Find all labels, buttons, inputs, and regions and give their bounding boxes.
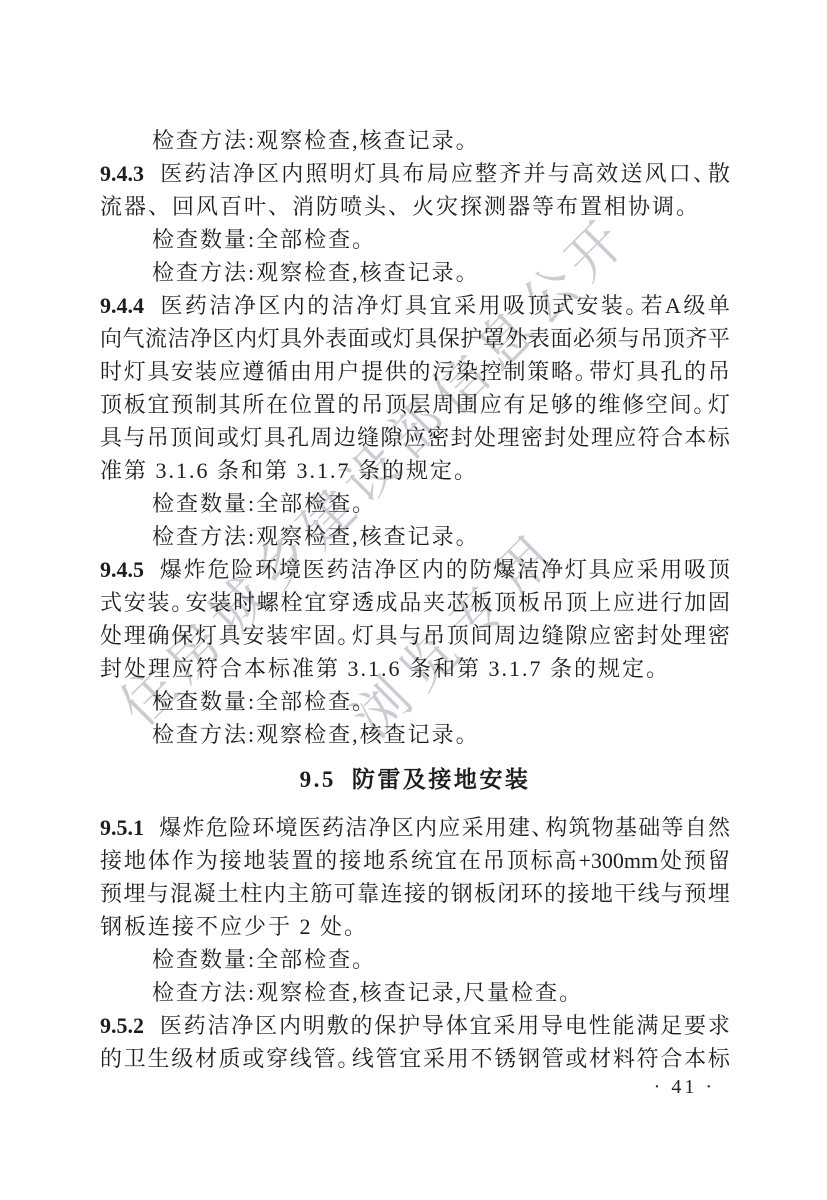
text-line: 9.4.3医药洁净区内照明灯具布局应整齐并与高效送风口、散	[100, 157, 730, 190]
text-line: 具与吊顶间或灯具孔周边缝隙应密封处理密封处理应符合本标	[100, 421, 730, 454]
text-line: 9.4.5爆炸危险环境医药洁净区内的防爆洁净灯具应采用吸顶	[100, 553, 730, 586]
clause-number: 9.5.1	[100, 811, 144, 844]
text-line: 顶板宜预制其所在位置的吊顶层周围应有足够的维修空间。灯	[100, 388, 730, 421]
text-line: 钢板连接不应少于 2 处。	[100, 910, 730, 943]
text-line: 9.4.4医药洁净区内的洁净灯具宜采用吸顶式安装。若A级单	[100, 289, 730, 322]
text-line: 时灯具安装应遵循由用户提供的污染控制策略。带灯具孔的吊	[100, 355, 730, 388]
text-line: 9.5.2医药洁净区内明敷的保护导体宜采用导电性能满足要求	[100, 1009, 730, 1042]
text-line: 检查数量:全部检查。	[100, 943, 730, 976]
section-heading: 9.5防雷及接地安装	[100, 763, 730, 796]
text-line: 检查方法:观察检查,核查记录,尺量检查。	[100, 976, 730, 1009]
text-line: 检查数量:全部检查。	[100, 685, 730, 718]
text-line: 流器、回风百叶、消防喷头、火灾探测器等布置相协调。	[100, 190, 730, 223]
text-line: 接地体作为接地装置的接地系统宜在吊顶标高+300mm处预留	[100, 844, 730, 877]
clause-number: 9.4.3	[100, 157, 144, 190]
clause-number: 9.4.5	[100, 553, 144, 586]
text-line: 检查方法:观察检查,核查记录。	[100, 256, 730, 289]
text-line: 预埋与混凝土柱内主筋可靠连接的钢板闭环的接地干线与预埋	[100, 877, 730, 910]
text-line: 检查方法:观察检查,核查记录。	[100, 718, 730, 751]
text-block: 检查方法:观察检查,核查记录。9.4.3医药洁净区内照明灯具布局应整齐并与高效送…	[100, 124, 730, 1075]
text-line: 准第 3.1.6 条和第 3.1.7 条的规定。	[100, 454, 730, 487]
text-line: 向气流洁净区内灯具外表面或灯具保护罩外表面必须与吊顶齐平	[100, 322, 730, 355]
page-number: · 41 ·	[100, 1076, 715, 1099]
text-line: 检查数量:全部检查。	[100, 223, 730, 256]
clause-number: 9.5.2	[100, 1009, 144, 1042]
text-line: 封处理应符合本标准第 3.1.6 条和第 3.1.7 条的规定。	[100, 652, 730, 685]
heading-text: 防雷及接地安装	[352, 767, 531, 792]
text-line: 处理确保灯具安装牢固。灯具与吊顶间周边缝隙应密封处理密	[100, 619, 730, 652]
text-line: 检查方法:观察检查,核查记录。	[100, 520, 730, 553]
clause-number: 9.4.4	[100, 289, 144, 322]
text-line: 检查数量:全部检查。	[100, 487, 730, 520]
document-page: 住房城乡建设部信息公开 浏览专用 检查方法:观察检查,核查记录。9.4.3医药洁…	[0, 0, 827, 1200]
text-line: 式安装。安装时螺栓宜穿透成品夹芯板顶板吊顶上应进行加固	[100, 586, 730, 619]
text-line: 9.5.1爆炸危险环境医药洁净区内应采用建、构筑物基础等自然	[100, 811, 730, 844]
text-line: 的卫生级材质或穿线管。线管宜采用不锈钢管或材料符合本标	[100, 1042, 730, 1075]
text-line: 检查方法:观察检查,核查记录。	[100, 124, 730, 157]
clause-number: 9.5	[300, 767, 336, 792]
